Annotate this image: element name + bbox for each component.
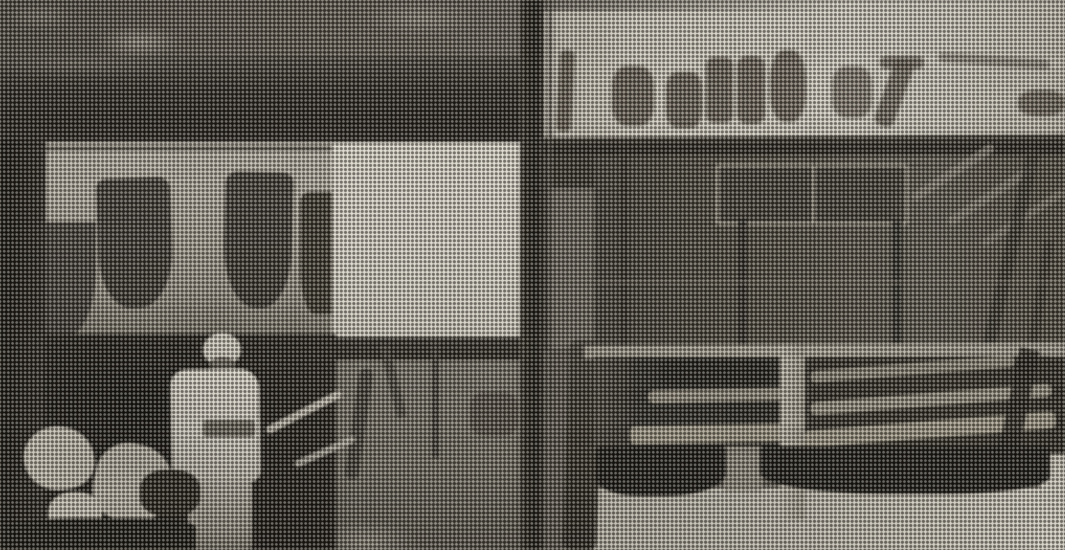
- sign-glyph-6: [832, 66, 872, 118]
- photo-stage: [0, 0, 1065, 550]
- display-window-frame: [716, 164, 908, 225]
- sign-glyph-5: [770, 50, 806, 122]
- sign-glyph-4b: [737, 56, 765, 124]
- bench-post-base: [724, 446, 762, 492]
- sign-glyph-9: [1018, 90, 1065, 116]
- sign-glyph-3: [666, 72, 702, 128]
- scene: [0, 0, 1065, 550]
- garment-2: [222, 171, 294, 309]
- garment-1: [96, 177, 174, 310]
- white-wall: [332, 142, 524, 342]
- ceiling-band: [0, 0, 532, 64]
- window-pane-divider: [812, 167, 815, 222]
- shade-mid-line: [596, 280, 1064, 284]
- shade-post-b: [738, 218, 747, 351]
- dividing-post: [520, 0, 544, 550]
- midground-post: [432, 340, 439, 458]
- foreground-dark-gap: [140, 470, 200, 516]
- sign-top-edge: [544, 0, 844, 11]
- bench-left-dark-top: [660, 360, 770, 386]
- sign-glyph-7b: [880, 56, 924, 69]
- sign-glyph-4a: [706, 57, 733, 123]
- post-secondary-line: [548, 0, 552, 420]
- garment-rail: [44, 146, 336, 151]
- shade-post-a: [620, 156, 628, 351]
- midground-dark-patch: [470, 392, 518, 436]
- person-waist-sash: [203, 420, 255, 437]
- under-bench-shadow-right: [760, 446, 1050, 494]
- bench-slat-left-2: [630, 424, 784, 445]
- awning-shadow: [0, 56, 532, 148]
- shade-post-c: [892, 220, 902, 351]
- shade-left-band: [548, 156, 594, 188]
- doorway-column: [0, 140, 46, 550]
- foreground-floor-shadow: [0, 518, 196, 550]
- bench-post: [780, 344, 805, 520]
- under-bench-shadow-left: [596, 446, 726, 496]
- sign-glyph-2: [612, 66, 654, 126]
